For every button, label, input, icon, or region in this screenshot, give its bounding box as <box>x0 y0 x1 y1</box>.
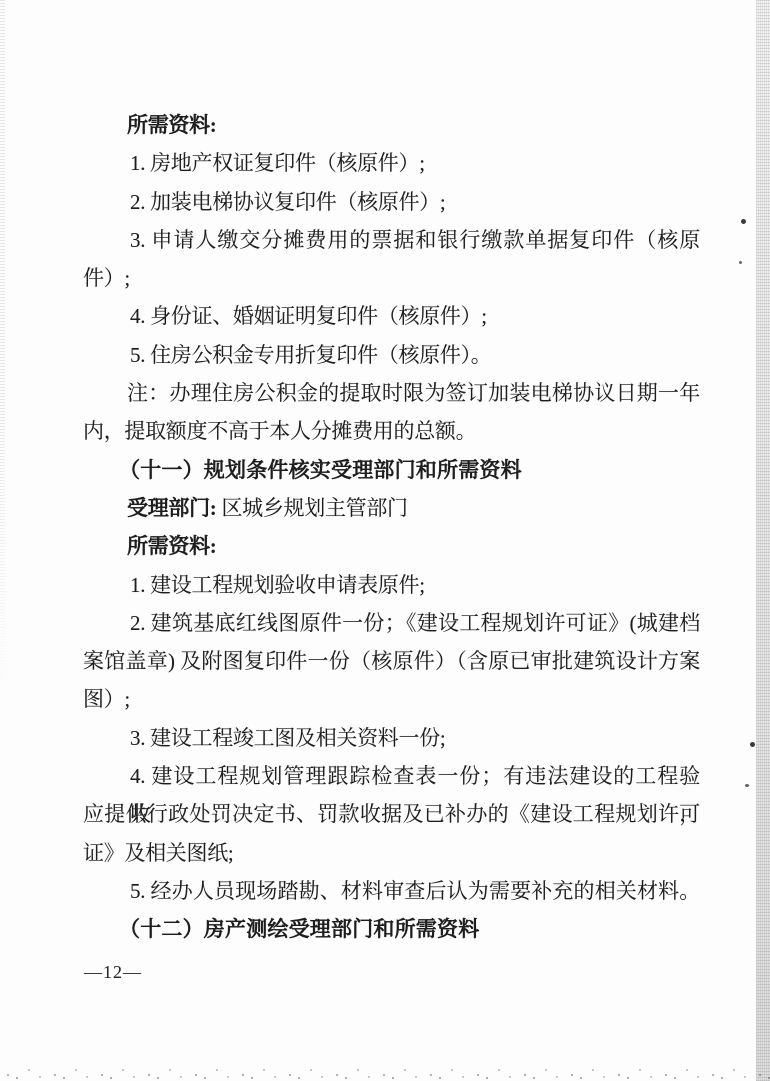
document-line: 2. 建筑基底红线图原件一份；《建设工程规划许可证》(城建档 <box>83 604 700 642</box>
line-text: 4. 身份证、婚姻证明复印件（核原件）; <box>130 304 487 328</box>
document-line: 案馆盖章) 及附图复印件一份（核原件）（含原已审批建筑设计方案 <box>83 642 700 680</box>
scan-speck <box>741 219 746 224</box>
document-line: 2. 加装电梯协议复印件（核原件）; <box>83 183 700 221</box>
line-text: 3. 申请人缴交分摊费用的票据和银行缴款单据复印件（核原 <box>130 228 700 252</box>
document-line: 件）; <box>83 259 700 297</box>
document-line: 证》及相关图纸; <box>83 834 700 872</box>
line-text: 1. 房地产权证复印件（核原件）; <box>130 151 425 175</box>
document-line: 应提供行政处罚决定书、罚款收据及已补办的《建设工程规划许可 <box>83 795 700 833</box>
scan-edge-bottom-artifact <box>0 1061 770 1081</box>
line-text: 5. 住房公积金专用折复印件（核原件）。 <box>130 343 492 367</box>
document-line: 4. 身份证、婚姻证明复印件（核原件）; <box>83 297 700 335</box>
scan-speck <box>745 784 749 787</box>
document-line: 3. 申请人缴交分摊费用的票据和银行缴款单据复印件（核原 <box>83 221 700 259</box>
document-line: （十二）房产测绘受理部门和所需资料 <box>83 910 700 948</box>
line-text: 2. 建筑基底红线图原件一份；《建设工程规划许可证》(城建档 <box>130 611 700 635</box>
line-text: 案馆盖章) 及附图复印件一份（核原件）（含原已审批建筑设计方案 <box>83 649 700 673</box>
scanned-document-page: { "document": { "colors": { "paper": "#f… <box>0 0 770 1081</box>
line-text: 5. 经办人员现场踏勘、材料审查后认为需要补充的相关材料。 <box>130 879 700 903</box>
document-line: 所需资料: <box>83 527 700 565</box>
document-line: 图）; <box>83 680 700 718</box>
page-number: —12— <box>84 958 142 986</box>
document-line: 所需资料: <box>83 106 700 144</box>
line-text: （十二）房产测绘受理部门和所需资料 <box>119 917 479 941</box>
document-line: 注：办理住房公积金的提取时限为签订加装电梯协议日期一年 <box>83 374 700 412</box>
scan-speck <box>739 261 742 264</box>
line-text: 内，提取额度不高于本人分摊费用的总额。 <box>83 419 476 443</box>
line-text: 受理部门: <box>127 496 221 520</box>
scan-edge-left-artifact <box>0 0 5 700</box>
document-line: 5. 住房公积金专用折复印件（核原件）。 <box>83 336 700 374</box>
line-text: 3. 建设工程竣工图及相关资料一份; <box>130 726 445 750</box>
line-text: 2. 加装电梯协议复印件（核原件）; <box>130 190 445 214</box>
document-line: 3. 建设工程竣工图及相关资料一份; <box>83 719 700 757</box>
document-line: 1. 房地产权证复印件（核原件）; <box>83 144 700 182</box>
line-text: 图）; <box>83 687 130 711</box>
document-line: 5. 经办人员现场踏勘、材料审查后认为需要补充的相关材料。 <box>83 872 700 910</box>
document-line: 内，提取额度不高于本人分摊费用的总额。 <box>83 412 700 450</box>
line-text: 所需资料: <box>127 113 217 137</box>
document-text-block: 所需资料:1. 房地产权证复印件（核原件）;2. 加装电梯协议复印件（核原件）;… <box>83 106 700 949</box>
document-line: 4. 建设工程规划管理跟踪检查表一份；有违法建设的工程验收， <box>83 757 700 795</box>
line-text: 应提供行政处罚决定书、罚款收据及已补办的《建设工程规划许可 <box>83 802 700 826</box>
scan-edge-right-artifact <box>756 0 770 1081</box>
line-text: 注：办理住房公积金的提取时限为签订加装电梯协议日期一年 <box>127 381 700 405</box>
line-text: 证》及相关图纸; <box>83 841 233 865</box>
document-line: （十一）规划条件核实受理部门和所需资料 <box>83 451 700 489</box>
line-text: 区城乡规划主管部门 <box>221 496 407 520</box>
document-line: 受理部门: 区城乡规划主管部门 <box>83 489 700 527</box>
document-line: 1. 建设工程规划验收申请表原件; <box>83 566 700 604</box>
scan-speck <box>750 742 755 747</box>
line-text: （十一）规划条件核实受理部门和所需资料 <box>119 458 522 482</box>
line-text: 1. 建设工程规划验收申请表原件; <box>130 573 425 597</box>
line-text: 件）; <box>83 266 130 290</box>
line-text: 所需资料: <box>127 534 217 558</box>
